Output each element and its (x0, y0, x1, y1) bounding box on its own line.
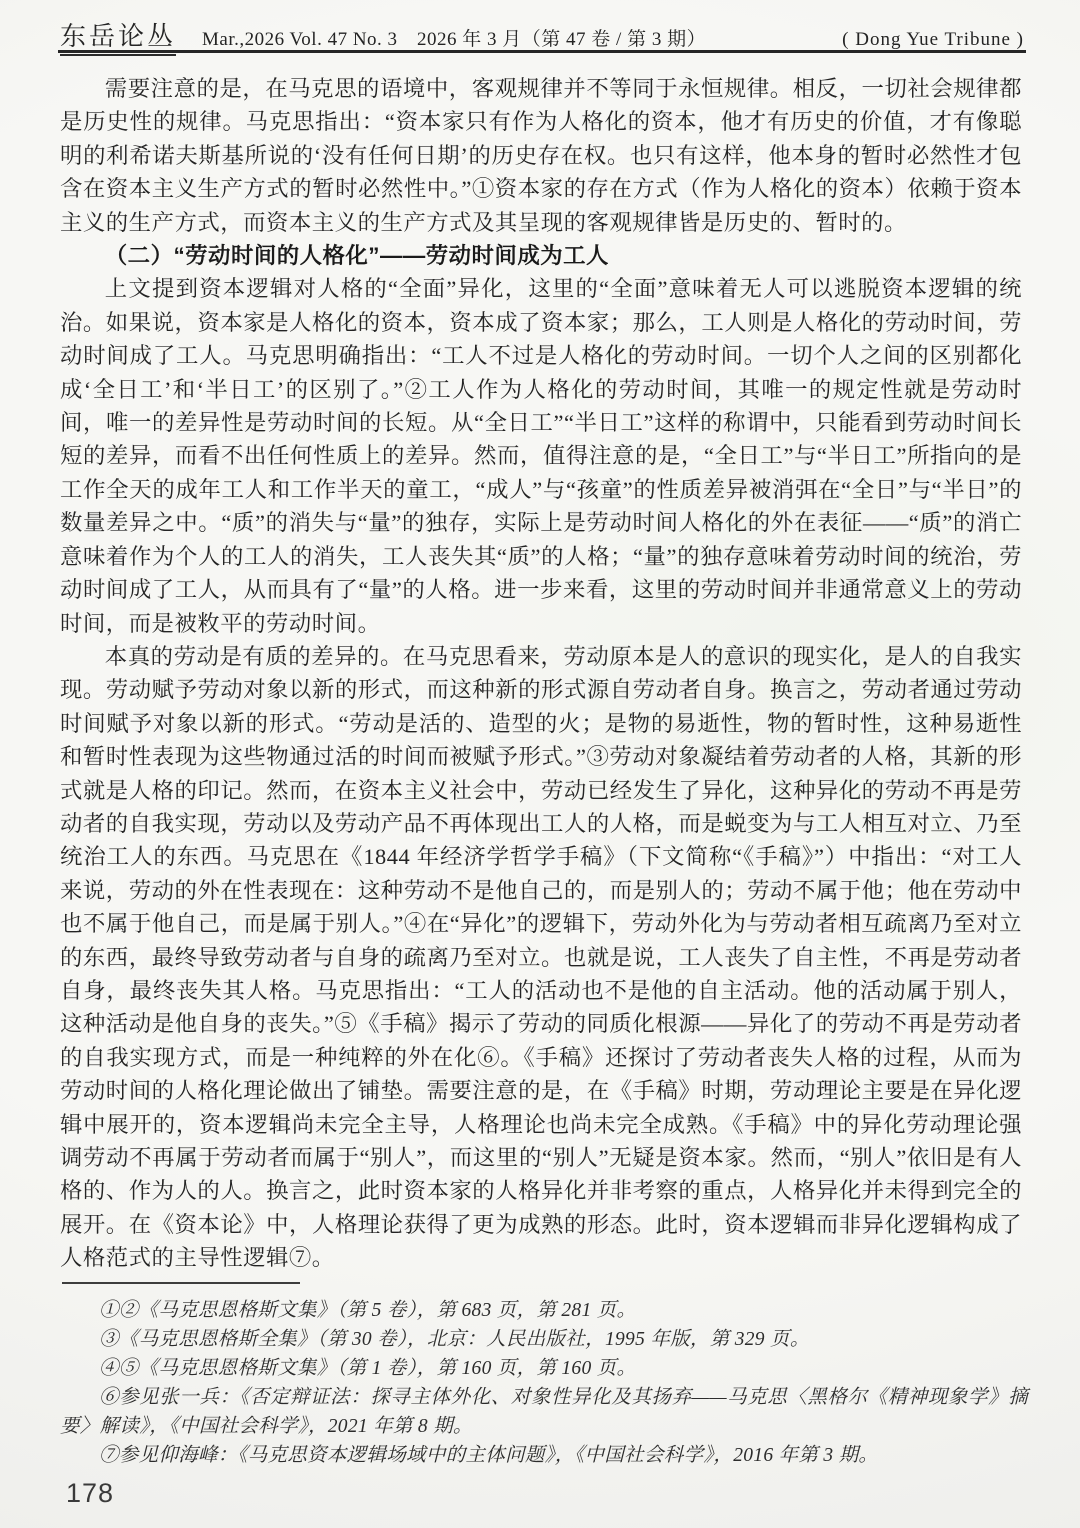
issue-info: Mar.,2026 Vol. 47 No. 3 2026 年 3 月（第 47 … (202, 24, 706, 51)
footnote: ③《马克思恩格斯全集》（第 30 卷），北京：人民出版社，1995 年版，第 3… (60, 1325, 1028, 1354)
footnotes: ①②《马克思恩格斯文集》（第 5 卷），第 683 页，第 281 页。 ③《马… (60, 1296, 1028, 1470)
paragraph: 上文提到资本逻辑对人格的“全面”异化，这里的“全面”意味着无人可以逃脱资本逻辑的… (60, 272, 1022, 639)
section-heading: （二）“劳动时间的人格化”——劳动时间成为工人 (60, 239, 1022, 272)
footnote: ⑥参见张一兵：《否定辩证法：探寻主体外化、对象性异化及其扬弃——马克思〈黑格尔《… (60, 1383, 1028, 1441)
page-number: 178 (66, 1478, 114, 1509)
paragraph: 本真的劳动是有质的差异的。在马克思看来，劳动原本是人的意识的现实化，是人的自我实… (60, 640, 1022, 1272)
article-body: 需要注意的是，在马克思的语境中，客观规律并不等同于永恒规律。相反，一切社会规律都… (60, 72, 1022, 1272)
header-rule (58, 50, 1026, 53)
journal-name-en: ( Dong Yue Tribune ) (842, 29, 1024, 51)
journal-page: 东岳论丛 Mar.,2026 Vol. 47 No. 3 2026 年 3 月（… (0, 0, 1080, 1528)
paragraph: 需要注意的是，在马克思的语境中，客观规律并不等同于永恒规律。相反，一切社会规律都… (60, 72, 1022, 239)
footnote: ⑦参见仰海峰：《马克思资本逻辑场域中的主体问题》，《中国社会科学》，2016 年… (60, 1441, 1028, 1470)
footnote-separator (62, 1282, 300, 1284)
footnote: ①②《马克思恩格斯文集》（第 5 卷），第 683 页，第 281 页。 (60, 1296, 1028, 1325)
footnote: ④⑤《马克思恩格斯文集》（第 1 卷），第 160 页，第 160 页。 (60, 1354, 1028, 1383)
